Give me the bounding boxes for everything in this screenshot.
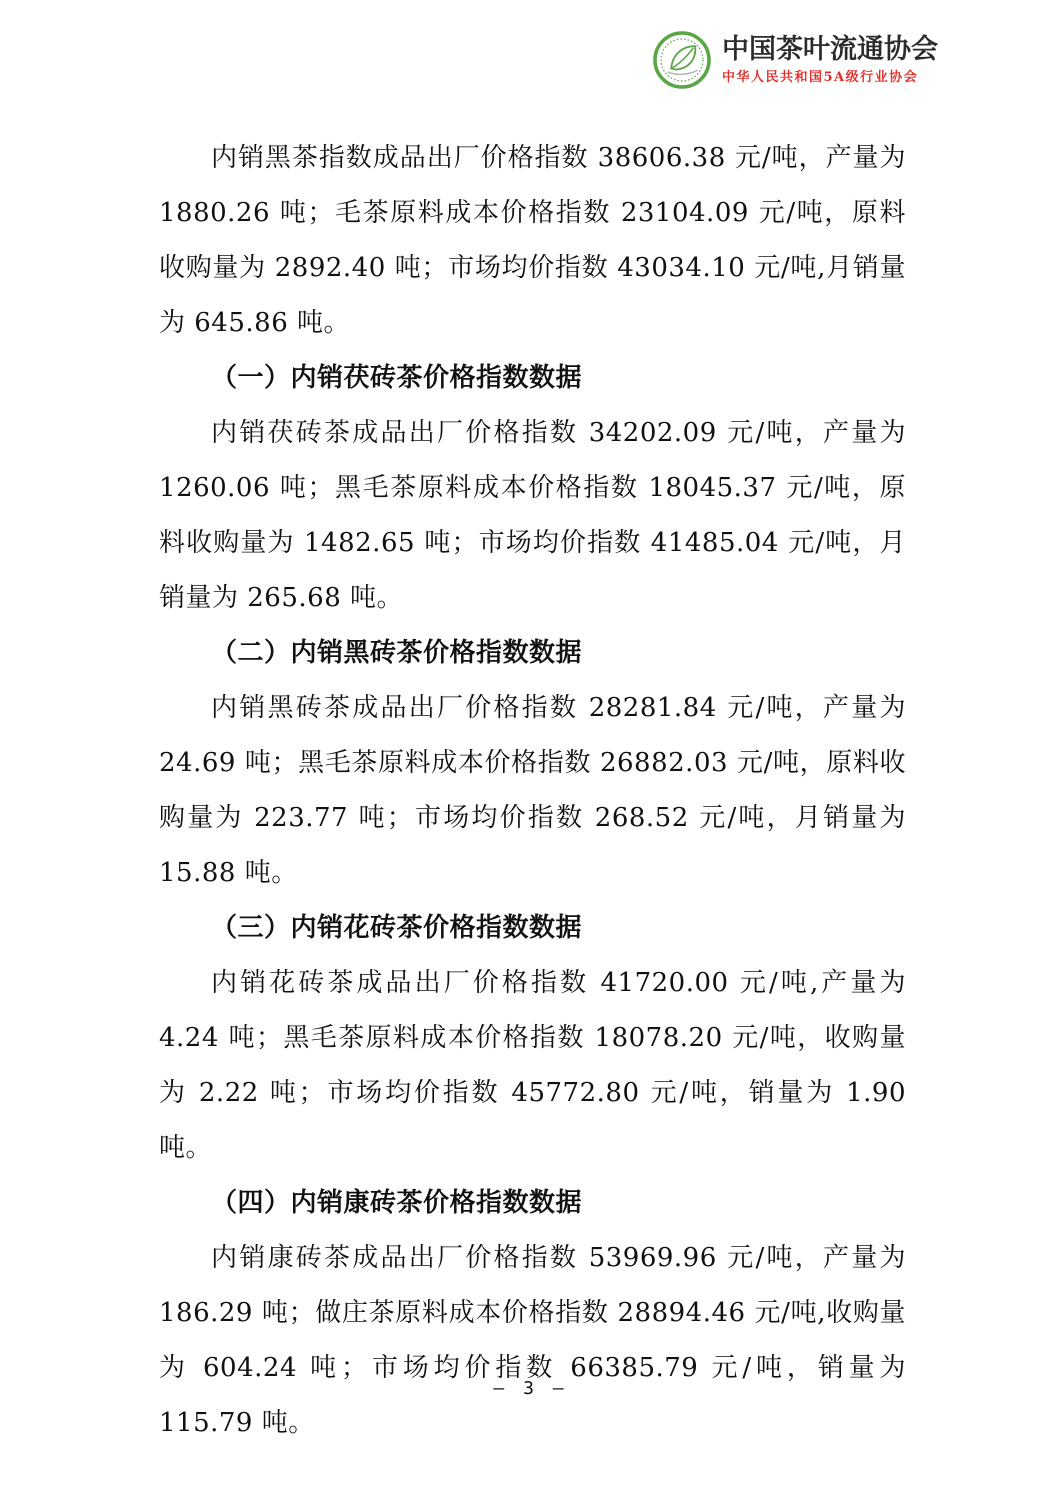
document-page: { "header": { "org_name": "中国茶叶流通协会", "o… — [0, 0, 1061, 1500]
body-paragraph: 内销茯砖茶成品出厂价格指数 34202.09 元/吨，产量为 1260.06 吨… — [159, 406, 906, 626]
org-header: 中国茶叶流通协会 中华人民共和国5A级行业协会 — [652, 30, 938, 90]
org-name: 中国茶叶流通协会 — [722, 33, 938, 67]
document-body: 内销黑茶指数成品出厂价格指数 38606.38 元/吨，产量为 1880.26 … — [159, 131, 906, 1451]
body-paragraph: 内销康砖茶成品出厂价格指数 53969.96 元/吨，产量为 186.29 吨；… — [159, 1231, 906, 1451]
body-paragraph: 内销花砖茶成品出厂价格指数 41720.00 元/吨,产量为 4.24 吨；黑毛… — [159, 956, 906, 1176]
body-paragraph: 内销黑茶指数成品出厂价格指数 38606.38 元/吨，产量为 1880.26 … — [159, 131, 906, 351]
tea-leaf-circle-icon — [652, 30, 712, 90]
org-subtitle: 中华人民共和国5A级行业协会 — [722, 69, 938, 87]
section-heading: （三）内销花砖茶价格指数数据 — [159, 901, 906, 956]
section-heading: （二）内销黑砖茶价格指数数据 — [159, 626, 906, 681]
body-paragraph: 内销黑砖茶成品出厂价格指数 28281.84 元/吨，产量为 24.69 吨；黑… — [159, 681, 906, 901]
section-heading: （一）内销茯砖茶价格指数数据 — [159, 351, 906, 406]
section-heading: （四）内销康砖茶价格指数数据 — [159, 1176, 906, 1231]
org-titles: 中国茶叶流通协会 中华人民共和国5A级行业协会 — [722, 33, 938, 87]
page-number: — 3 — — [0, 1378, 1061, 1399]
